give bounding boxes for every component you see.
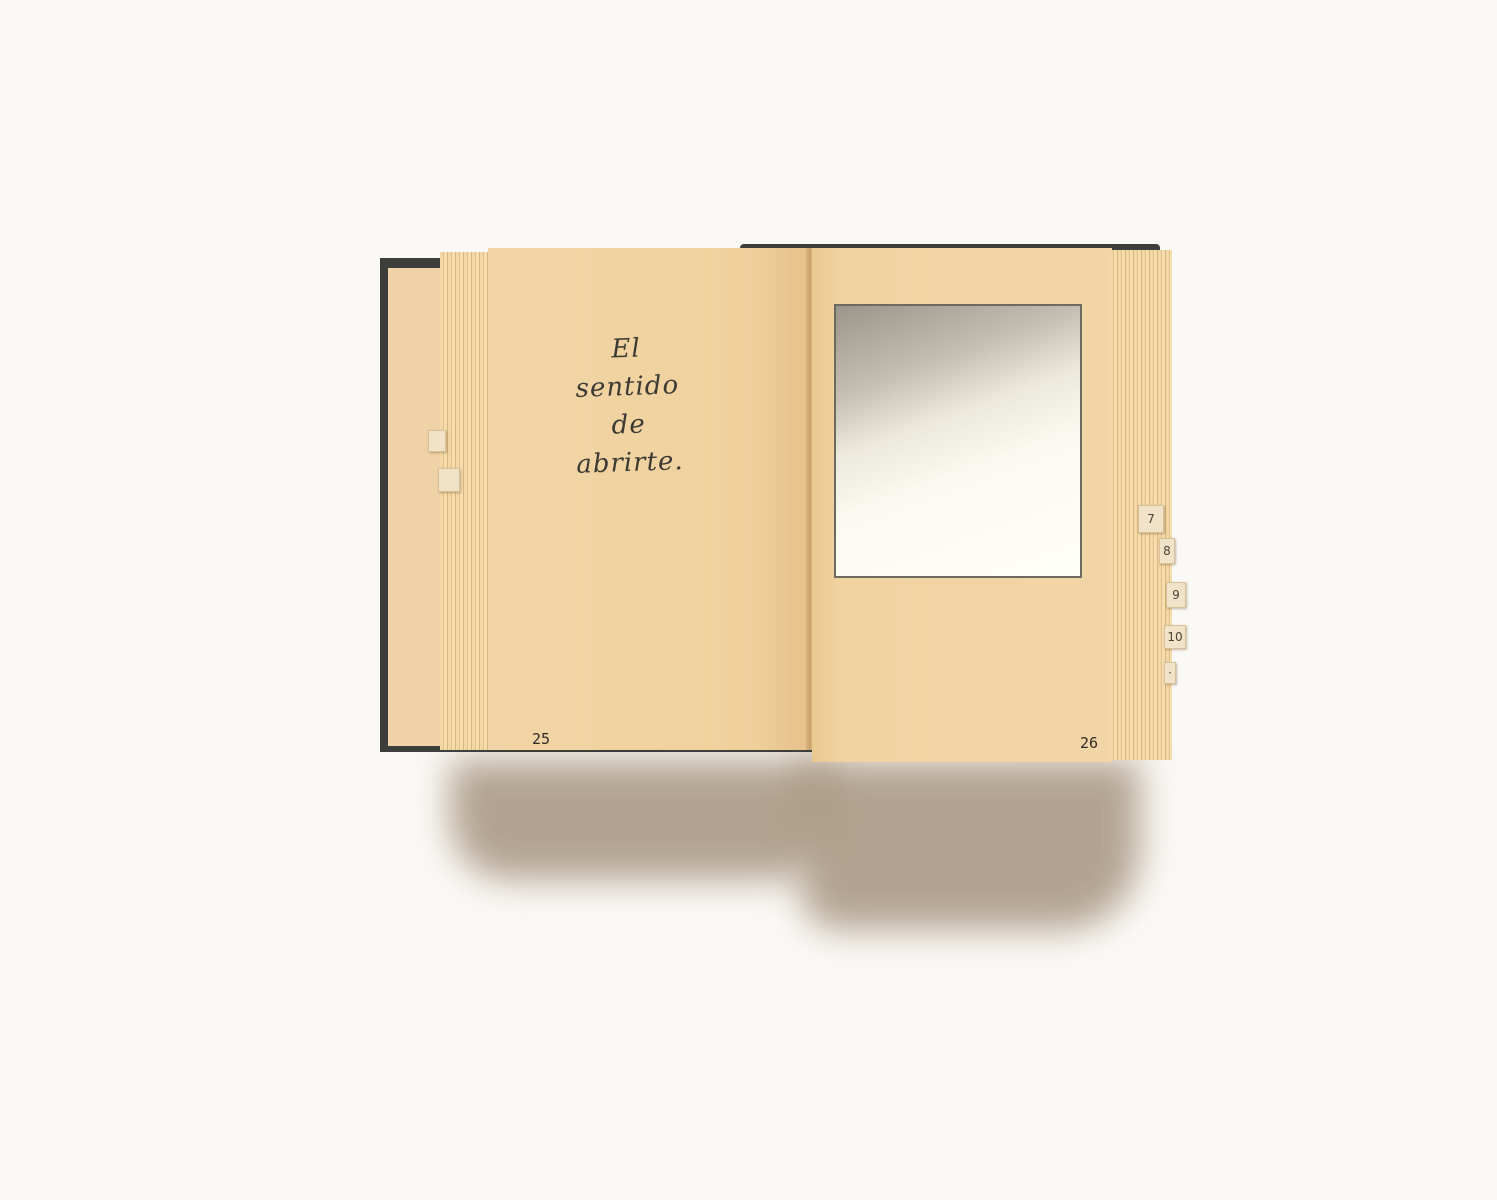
left-tab-2[interactable]	[438, 468, 460, 492]
handwritten-text: El sentido de abrirte.	[545, 327, 710, 484]
handwriting-line: abrirte.	[549, 441, 710, 485]
handwriting-line: de	[548, 403, 709, 447]
left-page-edges	[440, 252, 490, 750]
left-tab-1[interactable]	[428, 430, 446, 452]
tab-7[interactable]: 7	[1138, 505, 1164, 533]
tab-9[interactable]: 9	[1166, 582, 1186, 608]
tab-10[interactable]: 10	[1164, 625, 1186, 649]
right-page-number: 26	[1080, 734, 1098, 752]
mirror-window	[834, 304, 1082, 578]
handwriting-line: El	[545, 327, 706, 371]
left-page: El sentido de abrirte. 25	[488, 248, 810, 750]
book-shadow-right	[800, 760, 1140, 930]
tab-label: 8	[1163, 544, 1171, 558]
tab-8[interactable]: 8	[1159, 538, 1175, 564]
tab-11[interactable]: ·	[1164, 662, 1176, 684]
tab-label: 7	[1147, 512, 1155, 526]
tab-label: 9	[1172, 588, 1180, 602]
tab-label: 10	[1167, 630, 1182, 644]
left-flyleaf	[388, 268, 448, 746]
left-page-number: 25	[532, 730, 550, 748]
handwriting-line: sentido	[547, 365, 708, 409]
book-shadow-left	[450, 760, 830, 880]
tab-label: ·	[1168, 666, 1172, 680]
right-page: 26	[812, 248, 1112, 762]
